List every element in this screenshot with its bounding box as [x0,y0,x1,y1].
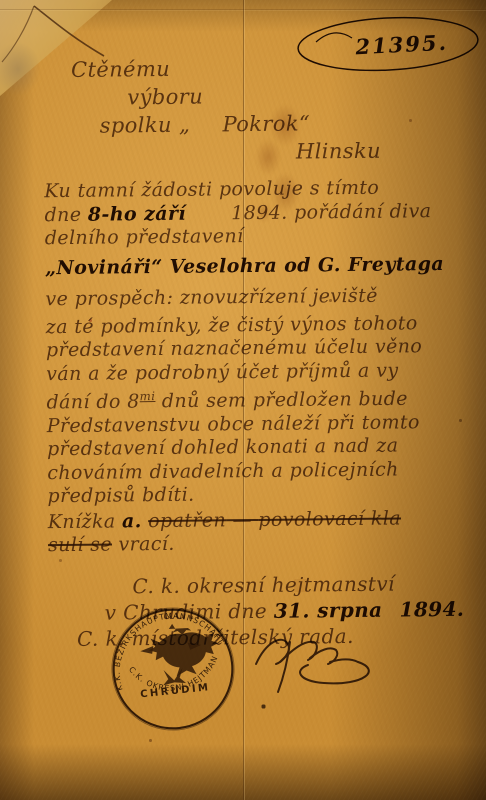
handwritten-line: sulí se vrací. [48,530,466,558]
handwritten-text: Knížka [48,510,122,533]
handwritten-text: opatřen [148,509,226,532]
handwritten-content: Ctěnémuvýboruspolku „ Pokrok“Hlinsku Ku … [43,52,467,652]
handwritten-text: 1894. [399,597,464,622]
handwritten-line: dání do 8mi dnů sem předložen bude [46,382,464,415]
handwritten-text: Hlinsku [296,139,381,164]
handwritten-line: ve prospěch: znovuzřízení jeviště [45,284,463,312]
header-lines: Ctěnémuvýboruspolku „ Pokrok“Hlinsku [43,52,462,168]
handwritten-text: — [226,509,259,531]
handwritten-text: povolovací kla [258,507,401,530]
paper-specks [0,0,1,1]
handwritten-line: dne 8-ho září 1894. pořádání diva [44,199,462,227]
handwritten-text: 8-ho září [88,202,186,225]
handwritten-text: Ctěnému [71,57,170,82]
handwritten-text: a. [122,510,142,532]
handwritten-text: delního představení [45,225,244,249]
handwritten-text: vrací. [112,533,175,556]
handwritten-text: výboru [127,85,203,110]
official-round-seal: K.K. BEZIRKSHAUPTMANNSCHAFT C.K. OKRESNÍ… [99,595,246,742]
body-lines: Ku tamní žádosti povoluje s tímtodne 8-h… [44,176,466,558]
handwritten-text: Představenstvu obce náleží při tomto [47,411,420,437]
handwritten-text: předpisů bdíti. [47,484,194,508]
signature [236,612,392,708]
handwritten-line: „Novináři“ Veselohra od G. Freytaga [45,252,463,280]
handwritten-text: za té podmínky, že čistý výnos tohoto [46,312,418,338]
handwritten-line: výboru [127,80,461,111]
handwritten-line: Hlinsku [296,136,462,166]
document-photo: 21395. Ctěnémuvýboruspolku „ Pokrok“Hlin… [0,0,486,800]
handwritten-line: Představenstvu obce náleží při tomto [47,411,465,439]
handwritten-text: „Novináři“ Veselohra od G. Freytaga [45,253,444,279]
handwritten-text: mi [140,389,156,403]
handwritten-line: delního představení [45,223,463,251]
handwritten-text: chováním divadelních a policejních [47,458,399,484]
handwritten-text: dne [44,203,88,225]
handwritten-text: Ku tamní žádosti povoluje s tímto [44,177,379,203]
handwritten-line: předpisů bdíti. [47,481,465,509]
handwritten-text: spolku „ Pokrok“ [99,111,310,137]
handwritten-text: představení dohled konati a nad za [47,435,399,461]
handwritten-line: Ctěnému [71,52,461,84]
handwritten-text: 1894. pořádání diva [186,200,432,225]
handwritten-line: C. k. okresní hejtmanství [132,570,466,599]
handwritten-text: sulí se [48,534,112,557]
handwritten-text: ván a že podrobný účet příjmů a vy [46,359,398,385]
handwritten-text: představení naznačenému účelu věno [46,335,422,361]
handwritten-text: C. k. okresní hejtmanství [132,571,395,598]
handwritten-line: představení naznačenému účelu věno [46,335,464,363]
handwritten-text: ve prospěch: znovuzřízení jeviště [45,285,378,310]
handwritten-text: dnů sem předložen bude [155,388,408,413]
handwritten-text: dání do 8 [46,391,139,414]
handwritten-line: spolku „ Pokrok“ [99,108,461,140]
